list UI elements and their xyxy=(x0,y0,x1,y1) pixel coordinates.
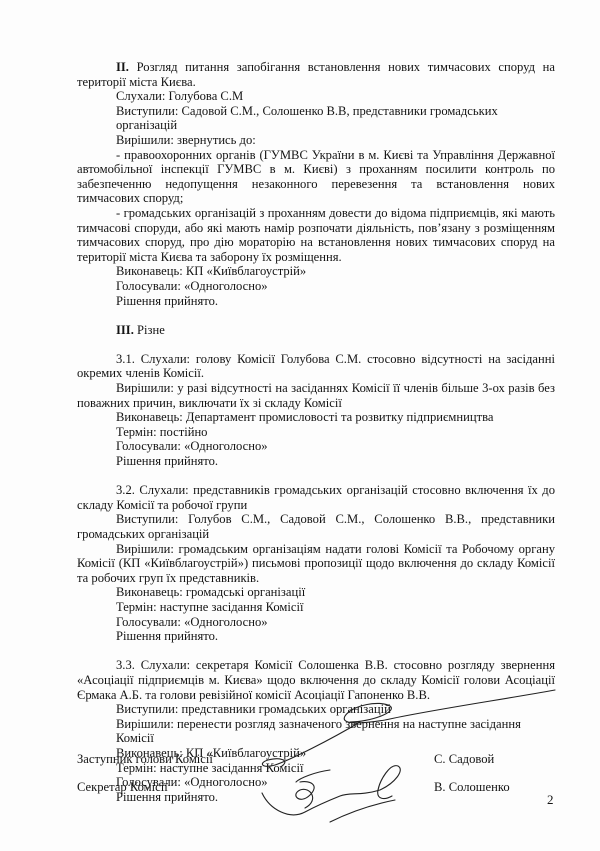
signature-name: С. Садовой xyxy=(434,752,494,767)
signature-name: В. Солошенко xyxy=(434,780,510,795)
document-page: II. Розгляд питання запобігання встановл… xyxy=(0,0,600,851)
signature-deputy-head xyxy=(262,690,555,766)
signature-role: Заступник голови Комісії xyxy=(77,752,213,767)
signature-secretary xyxy=(262,766,400,822)
page-number: 2 xyxy=(547,793,554,808)
handwritten-signatures xyxy=(0,0,600,851)
signature-role: Секретар Комісії xyxy=(77,780,168,795)
